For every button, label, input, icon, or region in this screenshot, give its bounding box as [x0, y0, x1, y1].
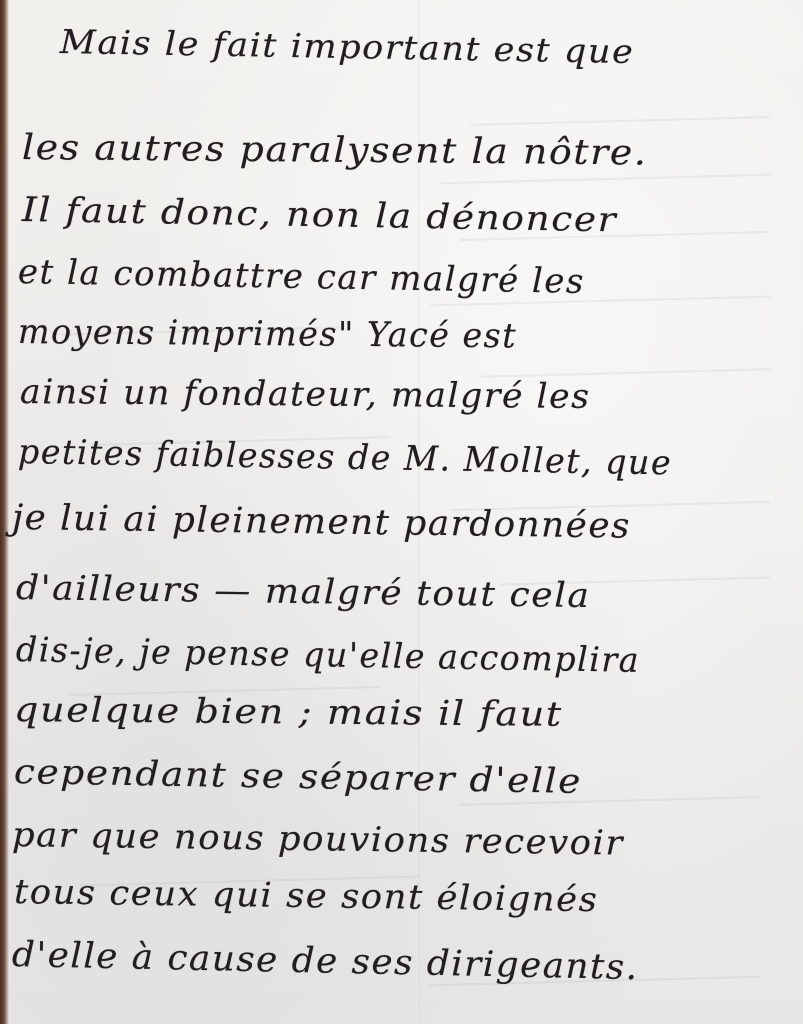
text-line-13: par que nous pouvions recevoir: [12, 815, 624, 864]
text-line-15: d'elle à cause de ses dirigeants.: [12, 935, 639, 988]
text-line-14: tous ceux qui se sont éloignés: [14, 872, 599, 920]
text-line-3: Il faut donc, non la dénoncer: [22, 190, 618, 240]
letter-page: Mais le fait important est que les autre…: [0, 0, 803, 1024]
text-line-5: moyens imprimés" Yacé est: [18, 312, 517, 356]
text-line-6: ainsi un fondateur, malgré les: [20, 372, 591, 417]
text-line-10: dis-je, je pense qu'elle accomplira: [16, 630, 641, 681]
text-line-12: cependant se séparer d'elle: [14, 752, 583, 802]
text-line-7: petites faiblesses de M. Mollet, que: [18, 432, 673, 483]
text-line-1: Mais le fait important est que: [60, 22, 635, 71]
handwritten-text: Mais le fait important est que les autre…: [0, 0, 803, 1024]
text-line-11: quelque bien ; mais il faut: [14, 690, 563, 735]
text-line-8: je lui ai pleinement pardonnées: [12, 498, 631, 547]
text-line-2: les autres paralysent la nôtre.: [22, 128, 648, 173]
text-line-4: et la combattre car malgré les: [18, 252, 586, 302]
text-line-9: d'ailleurs — malgré tout cela: [16, 568, 591, 616]
